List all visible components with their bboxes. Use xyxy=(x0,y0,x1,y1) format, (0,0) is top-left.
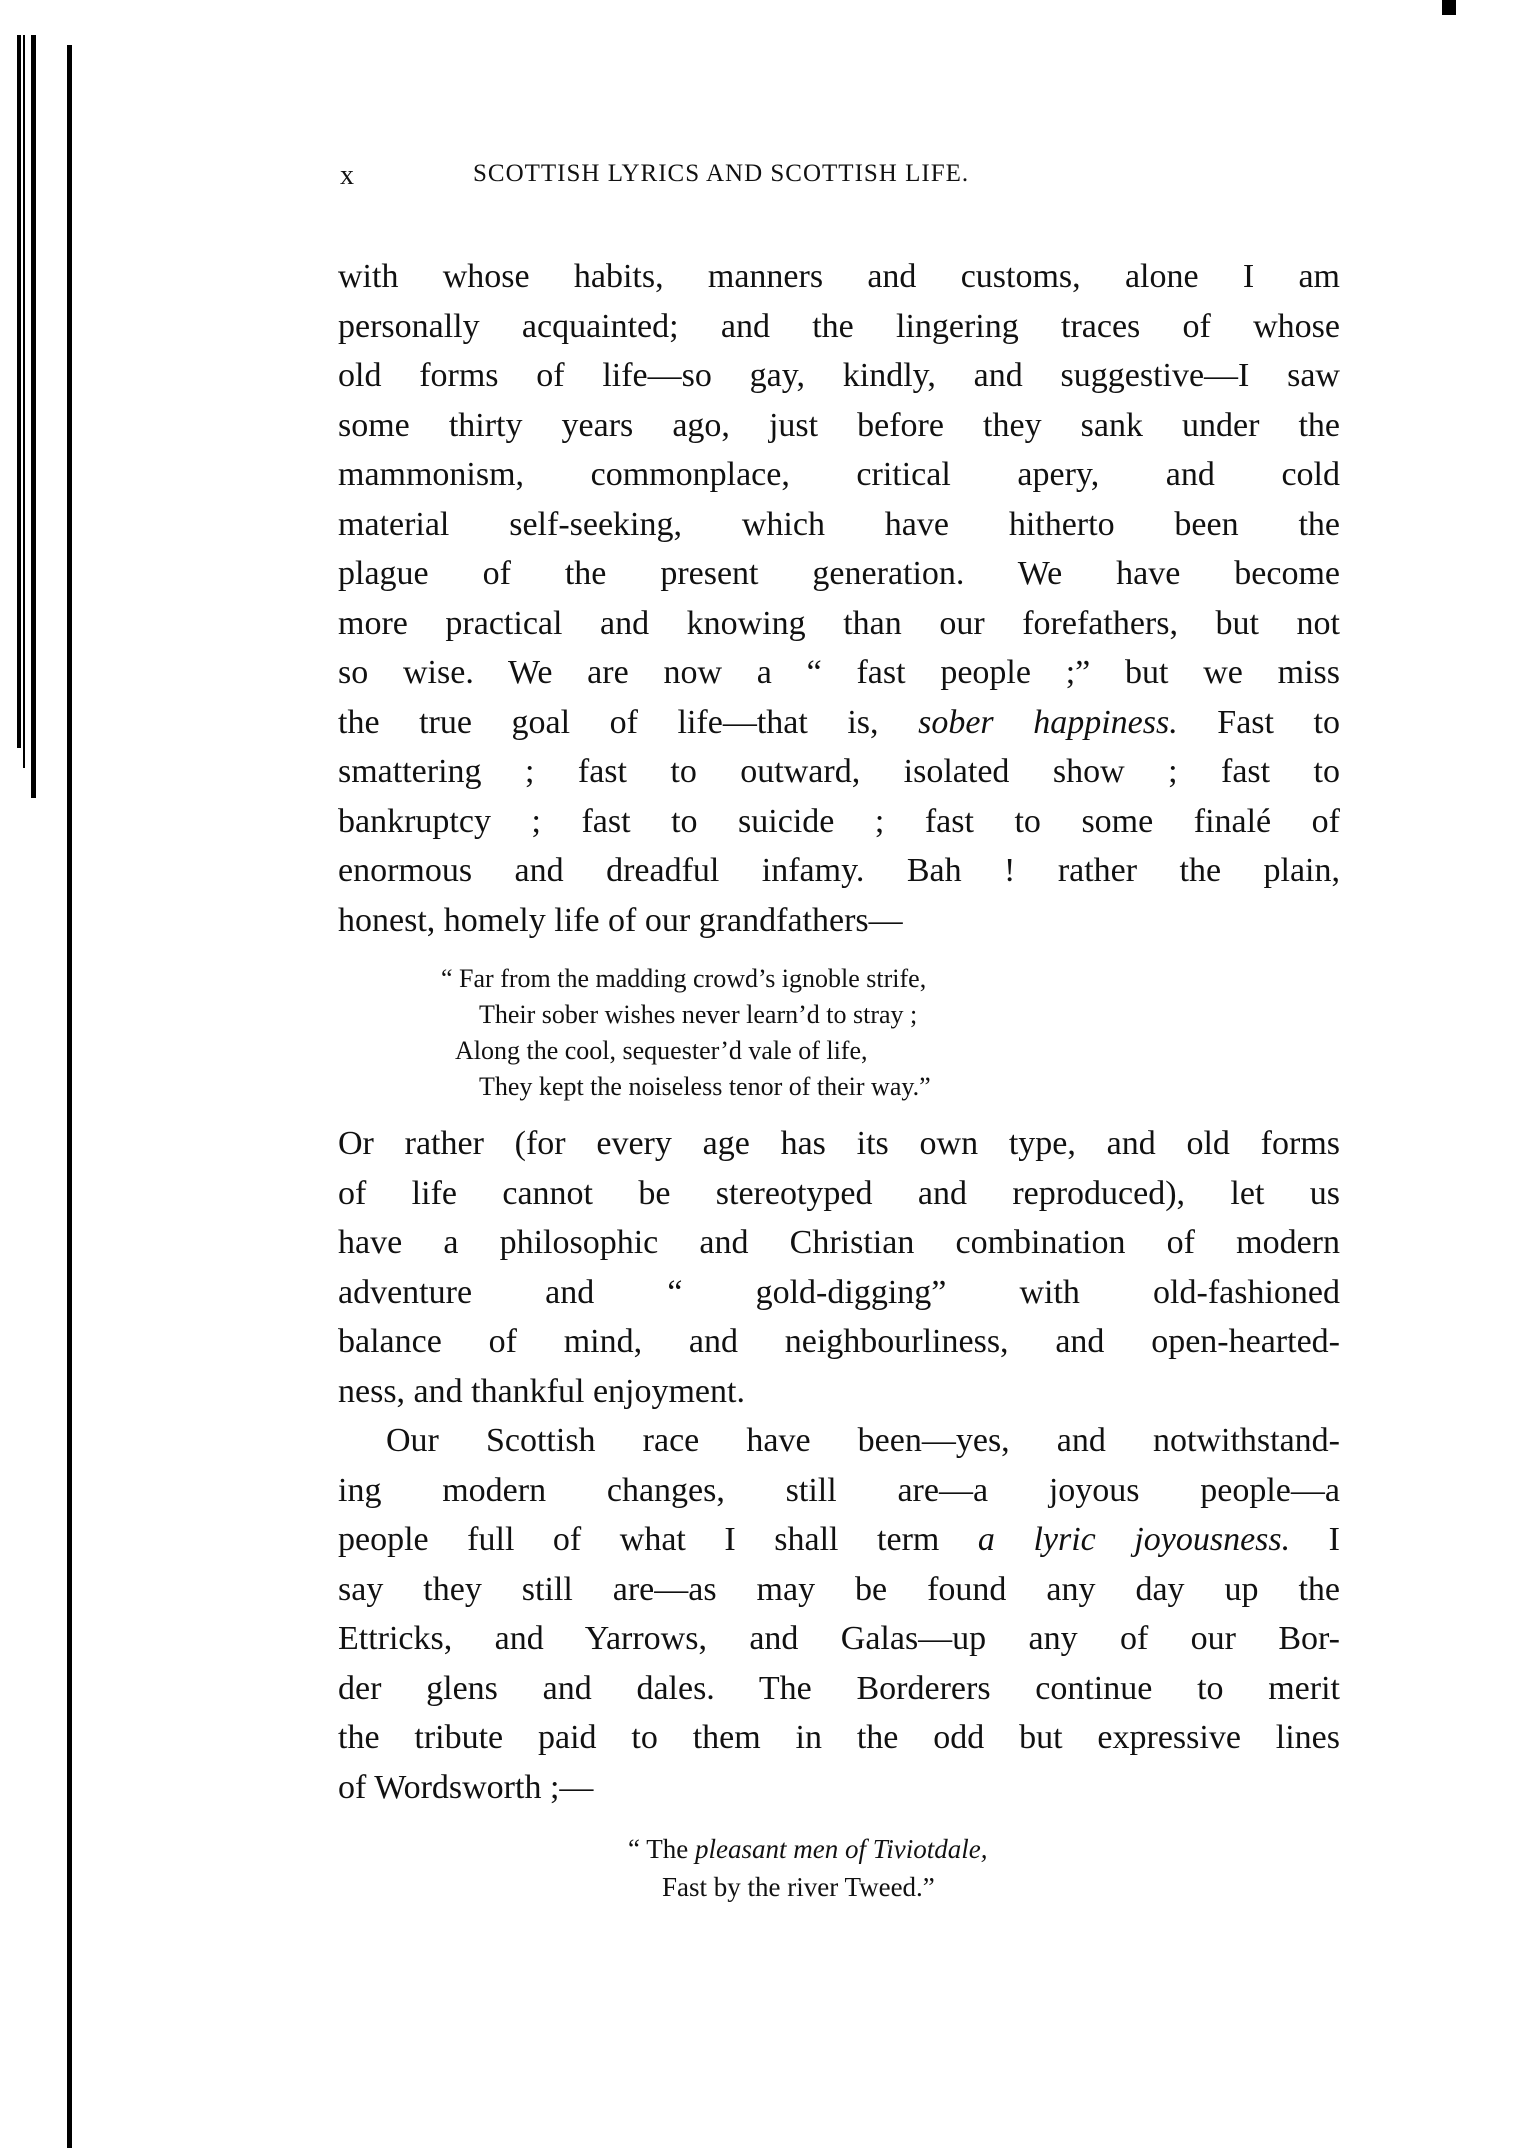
text-line: with whose habits, manners and customs, … xyxy=(338,252,1340,302)
text-line: so wise. We are now a “ fast people ;” b… xyxy=(338,648,1340,698)
text-line: balance of mind, and neighbourliness, an… xyxy=(338,1317,1340,1367)
page-edge-line xyxy=(67,45,72,2148)
text-line: der glens and dales. The Borderers conti… xyxy=(338,1664,1340,1714)
italic-emphasis: sober happiness. xyxy=(918,704,1178,741)
text-line: more practical and knowing than our fore… xyxy=(338,599,1340,649)
text-line: ing modern changes, still are—a joyous p… xyxy=(338,1466,1340,1516)
text-run: the true goal of life—that is, xyxy=(338,704,918,741)
text-line: the tribute paid to them in the odd but … xyxy=(338,1713,1340,1763)
text-line: plague of the present generation. We hav… xyxy=(338,549,1340,599)
text-line: of life cannot be stereotyped and reprod… xyxy=(338,1169,1340,1219)
text-line: old forms of life—so gay, kindly, and su… xyxy=(338,351,1340,401)
verse-line: “ The pleasant men of Tiviotdale, xyxy=(338,1830,1340,1868)
binding-edge-line xyxy=(23,35,25,768)
text-line: smattering ; fast to outward, isolated s… xyxy=(338,747,1340,797)
text-line: Or rather (for every age has its own typ… xyxy=(338,1119,1340,1169)
verse-line: Along the cool, sequester’d vale of life… xyxy=(338,1033,1340,1069)
page-number: x xyxy=(340,160,355,192)
text-line: of Wordsworth ;— xyxy=(338,1763,1340,1813)
binding-edge-line xyxy=(17,35,21,748)
book-page: x SCOTTISH LYRICS AND SCOTTISH LIFE. wit… xyxy=(0,0,1526,2148)
text-line: some thirty years ago, just before they … xyxy=(338,401,1340,451)
text-run: I xyxy=(1290,1521,1340,1558)
verse-line: Their sober wishes never learn’d to stra… xyxy=(338,997,1340,1033)
running-head: x SCOTTISH LYRICS AND SCOTTISH LIFE. xyxy=(340,160,1350,200)
text-line: say they still are—as may be found any d… xyxy=(338,1565,1340,1615)
text-line: the true goal of life—that is, sober hap… xyxy=(338,698,1340,748)
paragraph-1: with whose habits, manners and customs, … xyxy=(338,252,1340,945)
text-line: mammonism, commonplace, critical apery, … xyxy=(338,450,1340,500)
verse-line: They kept the noiseless tenor of their w… xyxy=(338,1069,1340,1105)
text-line: bankruptcy ; fast to suicide ; fast to s… xyxy=(338,797,1340,847)
verse-line: Fast by the river Tweed.” xyxy=(338,1868,1340,1906)
text-line: Our Scottish race have been—yes, and not… xyxy=(338,1416,1340,1466)
text-run: “ The xyxy=(628,1834,695,1864)
text-line: people full of what I shall term a lyric… xyxy=(338,1515,1340,1565)
text-run: people full of what I shall term xyxy=(338,1521,978,1558)
text-run: Fast to xyxy=(1178,704,1340,741)
text-line: enormous and dreadful infamy. Bah ! rath… xyxy=(338,846,1340,896)
text-line: personally acquainted; and the lingering… xyxy=(338,302,1340,352)
text-line: ness, and thankful enjoyment. xyxy=(338,1367,1340,1417)
italic-emphasis: pleasant men of Tiviotdale, xyxy=(695,1834,987,1864)
paragraph-2: Or rather (for every age has its own typ… xyxy=(338,1119,1340,1416)
text-line: material self-seeking, which have hither… xyxy=(338,500,1340,550)
verse-quotation-gray: “ Far from the madding crowd’s ignoble s… xyxy=(338,961,1340,1105)
binding-edge-line xyxy=(31,35,36,798)
scan-artifact xyxy=(1442,0,1456,15)
text-line: adventure and “ gold-digging” with old-f… xyxy=(338,1268,1340,1318)
italic-emphasis: a lyric joyousness. xyxy=(978,1521,1290,1558)
verse-quotation-wordsworth: “ The pleasant men of Tiviotdale, Fast b… xyxy=(338,1830,1340,1906)
verse-line: “ Far from the madding crowd’s ignoble s… xyxy=(338,961,1340,997)
text-line: honest, homely life of our grandfathers— xyxy=(338,896,1340,946)
text-line: have a philosophic and Christian combina… xyxy=(338,1218,1340,1268)
paragraph-3: Our Scottish race have been—yes, and not… xyxy=(338,1416,1340,1812)
body-text: with whose habits, manners and customs, … xyxy=(338,252,1340,1920)
text-line: Ettricks, and Yarrows, and Galas—up any … xyxy=(338,1614,1340,1664)
running-title: SCOTTISH LYRICS AND SCOTTISH LIFE. xyxy=(473,160,969,188)
